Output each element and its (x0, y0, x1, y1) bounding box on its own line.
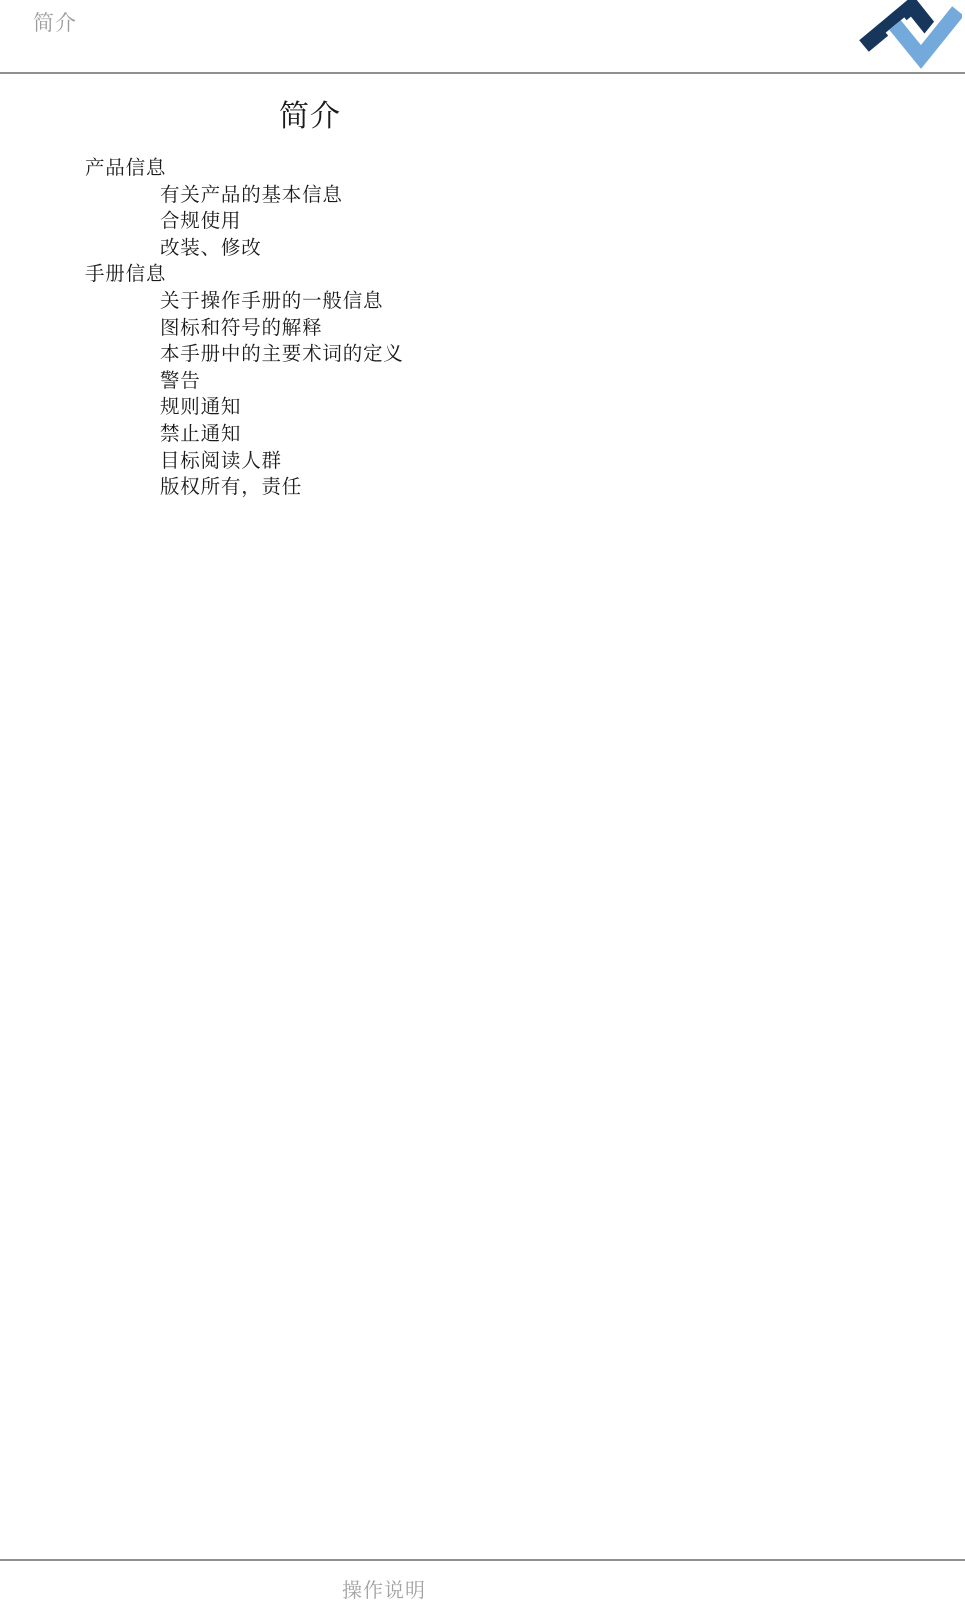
page-title: 简介 (279, 97, 341, 137)
toc-item[interactable]: 警告 (0, 368, 965, 395)
header-divider (0, 72, 965, 74)
toc-item[interactable]: 合规使用 (0, 208, 965, 235)
brand-logo-icon (852, 0, 962, 70)
toc-item[interactable]: 目标阅读人群 (0, 448, 965, 475)
toc-item[interactable]: 有关产品的基本信息 (0, 182, 965, 209)
header-running-title: 简介 (33, 8, 77, 38)
toc-item[interactable]: 改装、修改 (0, 235, 965, 262)
toc-section-product-info[interactable]: 产品信息 (0, 155, 965, 182)
footer-divider (0, 1559, 965, 1561)
toc-item[interactable]: 禁止通知 (0, 421, 965, 448)
toc: 产品信息 有关产品的基本信息 合规使用 改装、修改 手册信息 关于操作手册的一般… (0, 155, 965, 501)
toc-item[interactable]: 图标和符号的解释 (0, 315, 965, 342)
toc-item[interactable]: 本手册中的主要术词的定义 (0, 341, 965, 368)
toc-item[interactable]: 关于操作手册的一般信息 (0, 288, 965, 315)
footer-document-type: 操作说明 (342, 1577, 426, 1603)
toc-item[interactable]: 版权所有，责任 (0, 474, 965, 501)
manual-page: 简介 简介 产品信息 有关产品的基本信息 合规使用 改装、修改 手册信息 关于操… (0, 0, 965, 1607)
toc-item[interactable]: 规则通知 (0, 394, 965, 421)
toc-section-manual-info[interactable]: 手册信息 (0, 261, 965, 288)
